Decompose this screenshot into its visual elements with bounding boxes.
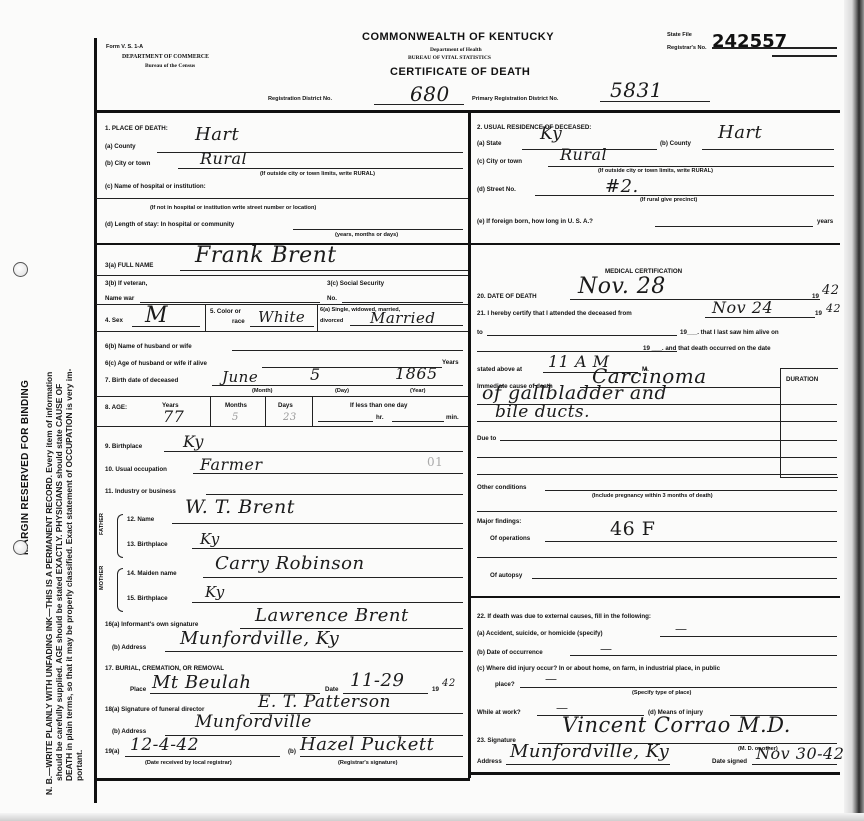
page-edge-shadow bbox=[844, 0, 864, 821]
bureau-label: Bureau of the Census bbox=[145, 63, 195, 69]
res-county-value: Hart bbox=[718, 122, 762, 143]
less-day-label: If less than one day bbox=[350, 402, 407, 409]
burial-title: 17. BURIAL, CREMATION, OR REMOVAL bbox=[105, 665, 224, 672]
state-file-line bbox=[712, 47, 837, 49]
frame-bottom bbox=[94, 778, 470, 781]
accident-label: (a) Accident, suicide, or homicide (spec… bbox=[477, 630, 603, 637]
mother-name-line bbox=[203, 577, 463, 578]
stay-label: (d) Length of stay: In hospital or commu… bbox=[105, 221, 234, 228]
father-name-line bbox=[172, 523, 463, 524]
registrar-sig-line bbox=[300, 756, 463, 757]
physician-address-label: Address bbox=[477, 758, 502, 765]
spouse-line bbox=[232, 350, 463, 351]
birthplace-label: 9. Birthplace bbox=[105, 443, 142, 450]
margin-line: DEATH in plain terms, so that it may be … bbox=[64, 35, 74, 795]
informant-signature-value: Lawrence Brent bbox=[255, 605, 409, 626]
operations-line bbox=[545, 541, 837, 542]
county-label: (a) County bbox=[105, 143, 136, 150]
date-of-death-year: 42 bbox=[822, 283, 840, 298]
date-signed-line bbox=[752, 764, 837, 765]
residence-title: 2. USUAL RESIDENCE OF DECEASED: bbox=[477, 124, 591, 131]
foreign-born-label: (e) If foreign born, how long in U. S. A… bbox=[477, 218, 593, 225]
registrar-line bbox=[772, 55, 837, 57]
certificate-title: CERTIFICATE OF DEATH bbox=[390, 66, 530, 78]
other-conditions-label: Other conditions bbox=[477, 484, 527, 491]
autopsy-line bbox=[532, 578, 837, 579]
res-city-line bbox=[548, 166, 834, 167]
min-label: min. bbox=[446, 414, 459, 421]
certify-year: 42 bbox=[826, 302, 841, 315]
due-to-line bbox=[500, 440, 837, 441]
res-city-label: (c) City or town bbox=[477, 158, 522, 165]
father-birthplace-label: 13. Birthplace bbox=[127, 541, 168, 548]
father-birthplace-value: Ky bbox=[200, 530, 220, 548]
frame-bottom-right bbox=[470, 772, 840, 775]
mother-birthplace-label: 15. Birthplace bbox=[127, 595, 168, 602]
due-to-line-3 bbox=[477, 474, 837, 475]
veteran-label: 3(b) If veteran, bbox=[105, 280, 147, 287]
birth-divider bbox=[96, 396, 468, 397]
occurred-label: 19 ___. and that death occurred on the d… bbox=[643, 345, 771, 352]
duration-label: DURATION bbox=[786, 376, 818, 383]
place-label: place? bbox=[495, 681, 515, 688]
due-to-line-2 bbox=[477, 457, 837, 458]
age-days-value: 23 bbox=[283, 412, 297, 423]
mother-bracket bbox=[117, 568, 123, 612]
reg-district-label: Registration District No. bbox=[268, 96, 332, 102]
medical-bottom bbox=[470, 596, 840, 598]
place-line bbox=[520, 687, 837, 688]
place-hint: (Specify type of place) bbox=[632, 690, 691, 696]
month-hint: (Month) bbox=[252, 388, 273, 394]
certify-from-value: Nov 24 bbox=[712, 298, 773, 317]
color-label: 5. Color or bbox=[210, 308, 241, 315]
certify-label: 21. I hereby certify that I attended the… bbox=[477, 310, 632, 317]
mother-birthplace-value: Ky bbox=[205, 583, 225, 601]
spouse-label: 6(b) Name of husband or wife bbox=[105, 343, 192, 350]
received-line bbox=[125, 756, 280, 757]
primary-reg-value: 5831 bbox=[610, 78, 663, 102]
father-name-value: W. T. Brent bbox=[185, 496, 295, 518]
res-city-hint: (If outside city or town limits, write R… bbox=[598, 168, 713, 174]
to-label: to bbox=[477, 329, 483, 336]
race-line bbox=[250, 326, 314, 327]
date-occurrence-value: — bbox=[600, 642, 613, 656]
res-state-label: (a) State bbox=[477, 140, 501, 147]
age-months-divider bbox=[265, 396, 266, 426]
dept-health-label: Department of Health bbox=[430, 47, 482, 53]
res-street-hint: (If rural give precinct) bbox=[640, 197, 697, 203]
physician-signature-value: Vincent Corrao M.D. bbox=[562, 713, 791, 737]
birthplace-line bbox=[164, 451, 463, 452]
day-hint: (Day) bbox=[335, 388, 349, 394]
birth-month-value: June bbox=[222, 368, 258, 386]
department-label: DEPARTMENT OF COMMERCE bbox=[122, 54, 209, 60]
age-months-value: 5 bbox=[232, 412, 239, 423]
age-divider bbox=[96, 426, 468, 427]
received-hint: (Date received by local registrar) bbox=[145, 760, 232, 766]
res-county-label: (b) County bbox=[660, 140, 691, 147]
birthplace-value: Ky bbox=[183, 432, 204, 451]
place-of-death-title: 1. PLACE OF DEATH: bbox=[105, 125, 168, 132]
operations-divider bbox=[477, 557, 837, 558]
funeral-director-label: 18(a) Signature of funeral director bbox=[105, 706, 204, 713]
full-name-line bbox=[180, 270, 468, 271]
received-value: 12-4-42 bbox=[130, 735, 199, 755]
res-street-line bbox=[535, 195, 834, 196]
physician-address-line bbox=[506, 764, 670, 765]
occupation-code: 01 bbox=[427, 455, 443, 469]
res-state-value: Ky bbox=[540, 124, 562, 144]
margin-reserved-label: MARGIN RESERVED FOR BINDING bbox=[20, 380, 31, 555]
occupation-label: 10. Usual occupation bbox=[105, 466, 167, 473]
margin-line: should be carefully supplied. AGE should… bbox=[54, 35, 64, 795]
autopsy-label: Of autopsy bbox=[490, 572, 522, 579]
margin-line: portant. bbox=[74, 35, 84, 795]
frame-left bbox=[94, 38, 97, 803]
where-injury-label: (c) Where did injury occur? In or about … bbox=[477, 665, 720, 672]
external-title: 22. If death was due to external causes,… bbox=[477, 613, 651, 620]
registrar-hint: (Registrar's signature) bbox=[338, 760, 397, 766]
hr-line bbox=[318, 421, 373, 422]
funeral-director-value: E. T. Patterson bbox=[258, 692, 391, 712]
date-of-death-label: 20. DATE OF DEATH bbox=[477, 293, 537, 300]
registrar-no-label: Registrar's No. bbox=[667, 45, 707, 51]
divorced-label: divorced bbox=[320, 318, 343, 324]
director-address-value: Munfordville bbox=[195, 712, 312, 732]
date-of-death-line bbox=[570, 299, 820, 300]
min-line bbox=[392, 421, 444, 422]
registrar-label: (b) bbox=[288, 748, 296, 755]
informant-address-line bbox=[165, 651, 463, 652]
year-hint: (Year) bbox=[410, 388, 426, 394]
burial-place-value: Mt Beulah bbox=[152, 672, 251, 693]
registrar-signature-value: Hazel Puckett bbox=[300, 734, 434, 755]
mother-birthplace-line bbox=[192, 602, 463, 603]
burial-place-label: Place bbox=[130, 686, 146, 693]
major-findings-label: Major findings: bbox=[477, 518, 521, 525]
center-divider bbox=[468, 110, 471, 778]
father-bracket bbox=[117, 514, 123, 558]
accident-value: — bbox=[675, 622, 688, 636]
sex-row-divider bbox=[96, 331, 468, 332]
stay-hint: (years, months or days) bbox=[335, 232, 398, 238]
industry-line bbox=[206, 494, 463, 495]
foreign-line bbox=[655, 226, 813, 227]
binding-margin: MARGIN RESERVED FOR BINDING N. B.—WRITE … bbox=[0, 0, 95, 821]
informant-address-label: (b) Address bbox=[112, 644, 146, 651]
certify-from-line bbox=[705, 317, 815, 318]
sec1-divider bbox=[96, 198, 468, 199]
months-label: Months bbox=[225, 402, 247, 409]
state-file-label: State File bbox=[667, 32, 692, 38]
ss-label: 3(c) Social Security bbox=[327, 280, 384, 287]
to-line bbox=[487, 335, 677, 336]
race-label: race bbox=[232, 318, 245, 325]
res-city-value: Rural bbox=[560, 145, 607, 164]
date-signed-label: Date signed bbox=[712, 758, 747, 765]
stay-line bbox=[293, 229, 463, 230]
full-name-value: Frank Brent bbox=[195, 243, 337, 268]
date-signed-value: Nov 30-42 bbox=[756, 744, 844, 763]
burial-year-prefix: 19 bbox=[432, 686, 439, 693]
place-value: — bbox=[545, 672, 558, 686]
frame-top bbox=[94, 110, 840, 113]
commonwealth-title: COMMONWEALTH OF KENTUCKY bbox=[362, 31, 554, 43]
duration-box bbox=[780, 368, 838, 478]
director-address-label: (b) Address bbox=[112, 728, 146, 735]
received-label: 19(a) bbox=[105, 748, 119, 755]
mother-name-label: 14. Maiden name bbox=[127, 570, 177, 577]
ss-line bbox=[342, 302, 463, 303]
city-label: (b) City or town bbox=[105, 160, 150, 167]
color-value: White bbox=[258, 308, 305, 326]
date-of-death-year-prefix: 19 bbox=[812, 293, 819, 300]
certificate-page: MARGIN RESERVED FOR BINDING N. B.—WRITE … bbox=[0, 0, 864, 821]
father-name-label: 12. Name bbox=[127, 516, 154, 523]
punch-hole-icon bbox=[13, 540, 28, 555]
last-seen-label: 19___. that I last saw him alive on bbox=[680, 329, 779, 336]
res-county-line bbox=[702, 149, 834, 150]
operations-value: 46 F bbox=[610, 518, 655, 540]
physician-address-value: Munfordville, Ky bbox=[510, 741, 669, 762]
name-war-label: Name war bbox=[105, 295, 134, 302]
burial-year-value: 42 bbox=[442, 678, 456, 689]
age-label: 8. AGE: bbox=[105, 404, 127, 411]
operations-label: Of operations bbox=[490, 535, 530, 542]
mother-name-value: Carry Robinson bbox=[215, 553, 365, 574]
age-days-divider bbox=[312, 396, 313, 426]
res-street-value: #2. bbox=[605, 176, 639, 197]
cause-line-2-value: of gallbladder and bbox=[482, 382, 667, 404]
industry-label: 11. Industry or business bbox=[105, 488, 176, 495]
full-name-label: 3(a) FULL NAME bbox=[105, 262, 153, 269]
city-hint: (If outside city or town limits, write R… bbox=[260, 171, 375, 177]
spouse-age-label: 6(c) Age of husband or wife if alive bbox=[105, 360, 207, 367]
birth-date-label: 7. Birth date of deceased bbox=[105, 377, 178, 384]
sex-divider bbox=[205, 304, 206, 331]
ss-no-label: No. bbox=[327, 295, 337, 302]
days-label: Days bbox=[278, 402, 293, 409]
father-birthplace-line bbox=[192, 548, 463, 549]
margin-line: N. B.—WRITE PLAINLY WITH UNFADING INK—TH… bbox=[44, 35, 54, 795]
burial-date-value: 11-29 bbox=[350, 670, 404, 691]
accident-line bbox=[660, 636, 837, 637]
primary-reg-label: Primary Registration District No. bbox=[472, 96, 558, 102]
death-county-value: Hart bbox=[195, 124, 239, 145]
bureau-vital-label: BUREAU OF VITAL STATISTICS bbox=[408, 55, 491, 61]
while-work-label: While at work? bbox=[477, 709, 521, 716]
hr-label: hr. bbox=[376, 414, 384, 421]
cause-line-3-value: bile ducts. bbox=[495, 402, 590, 422]
marital-value: Married bbox=[370, 309, 435, 327]
city-line bbox=[178, 168, 463, 169]
due-to-label: Due to bbox=[477, 435, 496, 442]
birth-year-value: 1865 bbox=[395, 364, 438, 383]
certify-year-prefix: 19 bbox=[815, 310, 822, 317]
margin-instructions: N. B.—WRITE PLAINLY WITH UNFADING INK—TH… bbox=[44, 35, 84, 795]
page-bottom-edge bbox=[0, 813, 864, 821]
date-of-death-value: Nov. 28 bbox=[578, 274, 666, 299]
date-occurrence-label: (b) Date of occurrence bbox=[477, 649, 543, 656]
reg-district-value: 680 bbox=[410, 82, 450, 106]
punch-hole-icon bbox=[13, 262, 28, 277]
hospital-hint: (If not in hospital or institution write… bbox=[150, 205, 316, 211]
father-side-label: FATHER bbox=[99, 513, 105, 535]
informant-address-value: Munfordville, Ky bbox=[180, 628, 339, 649]
sex-label: 4. Sex bbox=[105, 317, 123, 324]
other-conditions-line bbox=[545, 490, 837, 491]
sex-value: M bbox=[145, 303, 168, 328]
mother-side-label: MOTHER bbox=[99, 566, 105, 590]
age-years-divider bbox=[210, 396, 211, 426]
hospital-label: (c) Name of hospital or institution: bbox=[105, 183, 206, 190]
spouse-age-suffix: Years bbox=[442, 359, 459, 366]
other-conditions-hint: (Include pregnancy within 3 months of de… bbox=[592, 493, 713, 499]
age-years-value: 77 bbox=[163, 407, 184, 426]
birth-day-value: 5 bbox=[310, 365, 321, 384]
occupation-value: Farmer bbox=[200, 455, 263, 474]
stated-above-label: stated above at bbox=[477, 366, 522, 373]
death-city-value: Rural bbox=[200, 149, 247, 168]
other-divider bbox=[477, 511, 837, 512]
form-number: Form V. S. 1-A bbox=[106, 44, 143, 50]
foreign-suffix: years bbox=[817, 218, 833, 225]
informant-signature-label: 16(a) Informant's own signature bbox=[105, 621, 198, 628]
race-divider bbox=[317, 304, 318, 331]
res-street-label: (d) Street No. bbox=[477, 186, 516, 193]
name-divider bbox=[96, 275, 468, 276]
